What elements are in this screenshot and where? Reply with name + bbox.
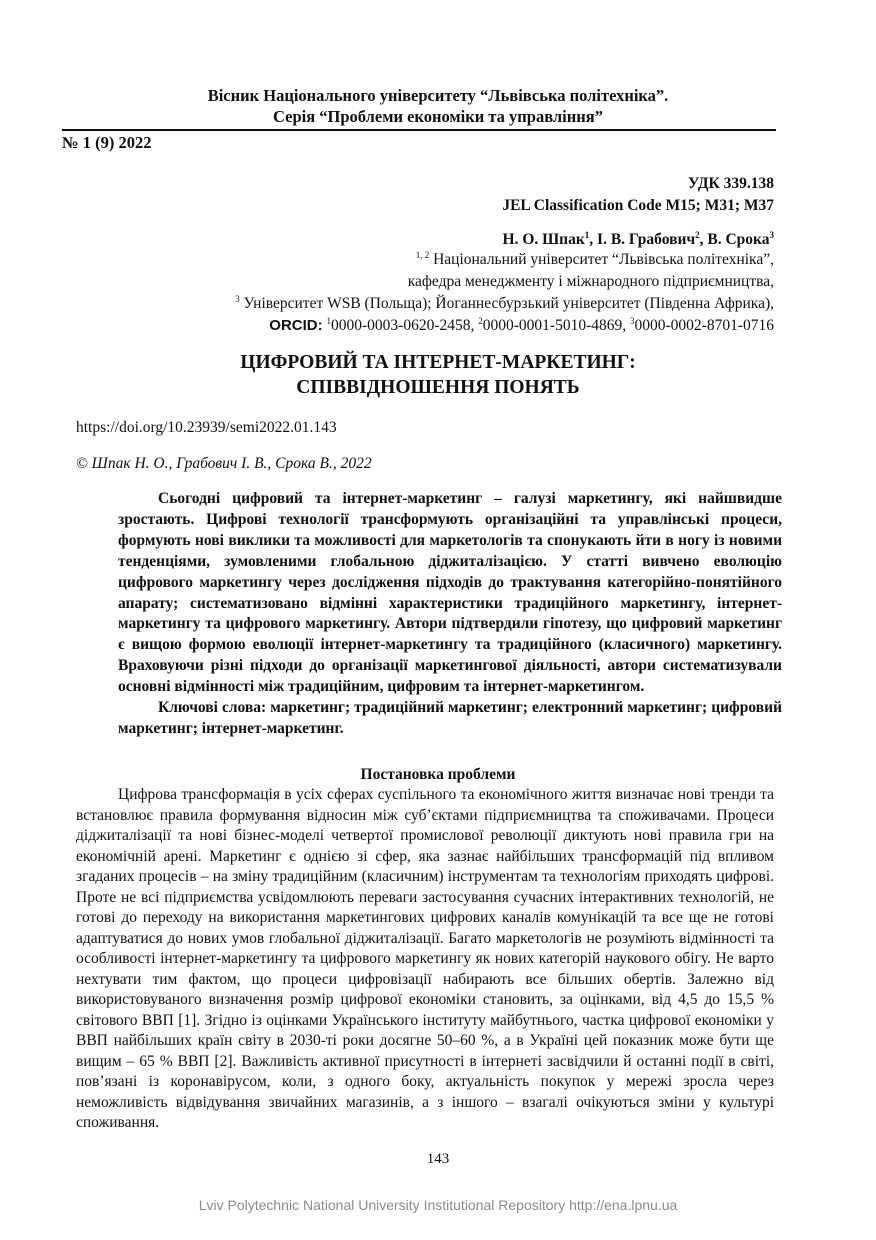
author-name: Н. О. Шпак: [503, 231, 585, 248]
page-number: 143: [0, 1151, 876, 1168]
issue-number: № 1 (9) 2022: [62, 133, 151, 153]
affiliation-line: 3 Університет WSB (Польща); Йоганнесбурз…: [235, 293, 774, 315]
affiliations-block: 1, 2 Національний університет “Львівська…: [235, 249, 774, 337]
orcid-line: ORCID: 10000-0003-0620-2458, 20000-0001-…: [235, 315, 774, 337]
orcid-id[interactable]: 0000-0003-0620-2458: [331, 317, 471, 334]
classification-block: УДК 339.138 JEL Classification Code M15;…: [502, 173, 774, 217]
abstract: Сьогодні цифровий та інтернет-маркетинг …: [118, 489, 782, 740]
orcid-label: ORCID:: [269, 317, 322, 334]
author-sup: 2: [695, 230, 700, 240]
author-name: І. В. Грабович: [597, 231, 695, 248]
author-sup: 1: [585, 230, 590, 240]
orcid-id[interactable]: 0000-0002-8701-0716: [635, 317, 775, 334]
section-heading: Постановка проблеми: [0, 766, 876, 784]
affiliation-line: 1, 2 Національний університет “Львівська…: [235, 249, 774, 271]
journal-series: Серія “Проблеми економіки та управління”: [0, 106, 876, 127]
orcid-id[interactable]: 0000-0001-5010-4869: [483, 317, 623, 334]
keywords: Ключові слова: маркетинг; традиційний ма…: [118, 698, 782, 740]
author-name: В. Срока: [707, 231, 769, 248]
affiliation-line: кафедра менеджменту і міжнародного підпр…: [235, 271, 774, 293]
article-title: ЦИФРОВИЙ ТА ІНТЕРНЕТ-МАРКЕТИНГ: СПІВВІДН…: [0, 350, 876, 400]
copyright-line: © Шпак Н. О., Грабович І. В., Срока В., …: [76, 455, 372, 473]
authors-line: Н. О. Шпак1, І. В. Грабович2, В. Срока3: [503, 229, 774, 251]
abstract-text: Сьогодні цифровий та інтернет-маркетинг …: [118, 489, 782, 698]
journal-title-line1: Вісник Національного університету “Львів…: [0, 85, 876, 106]
header-rule: [62, 129, 776, 131]
body-paragraph: Цифрова трансформація в усіх сферах сусп…: [76, 785, 774, 1134]
repository-footer: Lviv Polytechnic National University Ins…: [0, 1197, 876, 1213]
body-text: Цифрова трансформація в усіх сферах сусп…: [76, 785, 774, 1134]
doi-link[interactable]: https://doi.org/10.23939/semi2022.01.143: [76, 419, 337, 437]
udk-code: УДК 339.138: [502, 173, 774, 195]
author-sup: 3: [770, 230, 775, 240]
journal-title: Вісник Національного університету “Львів…: [0, 85, 876, 127]
jel-code: JEL Classification Code M15; M31; M37: [502, 195, 774, 217]
